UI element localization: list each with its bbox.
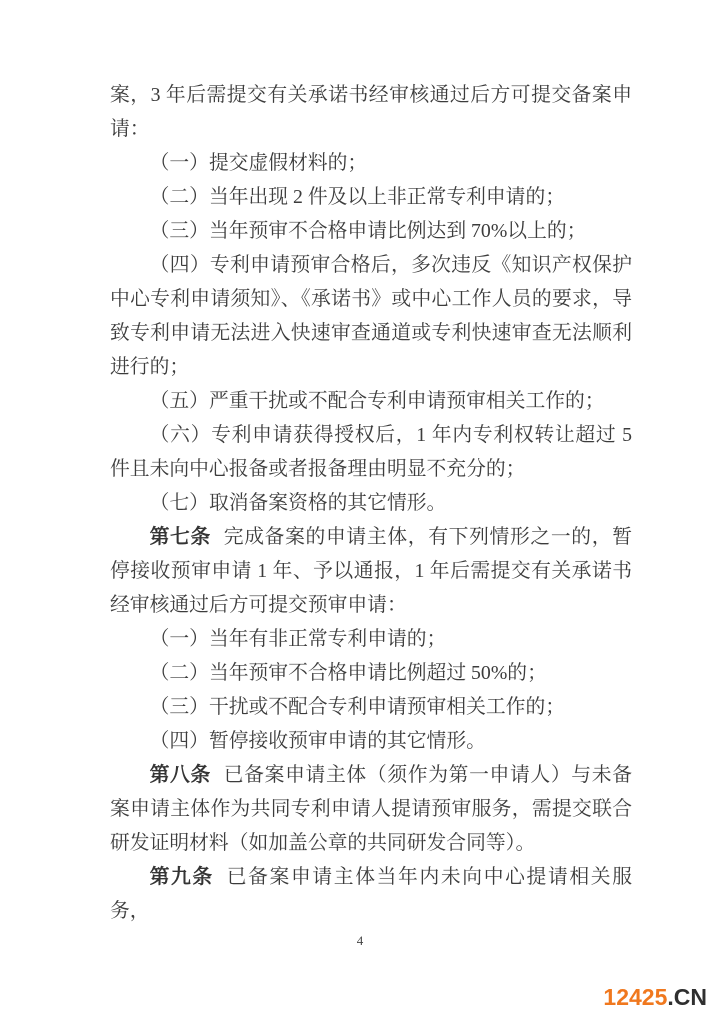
paragraph-text: （五）严重干扰或不配合专利申请预审相关工作的； (150, 390, 605, 412)
watermark-site-name: 12425 (603, 984, 667, 1010)
article-paragraph: 第八条已备案申请主体（须作为第一申请人）与未备案申请主体作为共同专利申请人提请预… (110, 758, 632, 860)
paragraph: （三）当年预审不合格申请比例达到 70%以上的； (110, 214, 632, 248)
paragraph: （六）专利申请获得授权后，1 年内专利权转让超过 5 件且未向中心报备或者报备理… (110, 418, 632, 486)
paragraph: （四）暂停接收预审申请的其它情形。 (110, 724, 632, 758)
page-number: 4 (110, 933, 610, 949)
document-body: 案，3 年后需提交有关承诺书经审核通过后方可提交备案申请：（一）提交虚假材料的；… (110, 78, 632, 928)
watermark-logo: 12425.CN (603, 985, 707, 1009)
paragraph: （四）专利申请预审合格后，多次违反《知识产权保护中心专利申请须知》、《承诺书》或… (110, 248, 632, 384)
paragraph: （七）取消备案资格的其它情形。 (110, 486, 632, 520)
article-paragraph: 第七条完成备案的申请主体，有下列情形之一的，暂停接收预审申请 1 年、予以通报，… (110, 520, 632, 622)
paragraph: （一）提交虚假材料的； (110, 146, 632, 180)
article-number: 第九条 (150, 866, 214, 888)
article-paragraph: 第九条已备案申请主体当年内未向中心提请相关服务， (110, 860, 632, 928)
paragraph: （一）当年有非正常专利申请的； (110, 622, 632, 656)
paragraph-text: （七）取消备案资格的其它情形。 (150, 492, 447, 514)
paragraph-text: （三）当年预审不合格申请比例达到 70%以上的； (150, 220, 587, 242)
paragraph-text: 案，3 年后需提交有关承诺书经审核通过后方可提交备案申请： (110, 84, 632, 140)
paragraph: （三）干扰或不配合专利申请预审相关工作的； (110, 690, 632, 724)
paragraph-text: （六）专利申请获得授权后，1 年内专利权转让超过 5 件且未向中心报备或者报备理… (110, 424, 632, 480)
paragraph-text: （四）专利申请预审合格后，多次违反《知识产权保护中心专利申请须知》、《承诺书》或… (110, 254, 632, 378)
paragraph-text: （一）当年有非正常专利申请的； (150, 628, 447, 650)
watermark-site-tld: .CN (667, 984, 707, 1010)
paragraph: 案，3 年后需提交有关承诺书经审核通过后方可提交备案申请： (110, 78, 632, 146)
paragraph-text: （一）提交虚假材料的； (150, 152, 368, 174)
paragraph-text: （三）干扰或不配合专利申请预审相关工作的； (150, 696, 565, 718)
article-number: 第八条 (150, 764, 211, 786)
article-number: 第七条 (150, 526, 211, 548)
document-page: 案，3 年后需提交有关承诺书经审核通过后方可提交备案申请：（一）提交虚假材料的；… (0, 0, 720, 1019)
paragraph: （二）当年预审不合格申请比例超过 50%的； (110, 656, 632, 690)
paragraph-text: （二）当年出现 2 件及以上非正常专利申请的； (150, 186, 565, 208)
paragraph: （二）当年出现 2 件及以上非正常专利申请的； (110, 180, 632, 214)
paragraph-text: （四）暂停接收预审申请的其它情形。 (150, 730, 486, 752)
paragraph-text: （二）当年预审不合格申请比例超过 50%的； (150, 662, 547, 684)
paragraph: （五）严重干扰或不配合专利申请预审相关工作的； (110, 384, 632, 418)
